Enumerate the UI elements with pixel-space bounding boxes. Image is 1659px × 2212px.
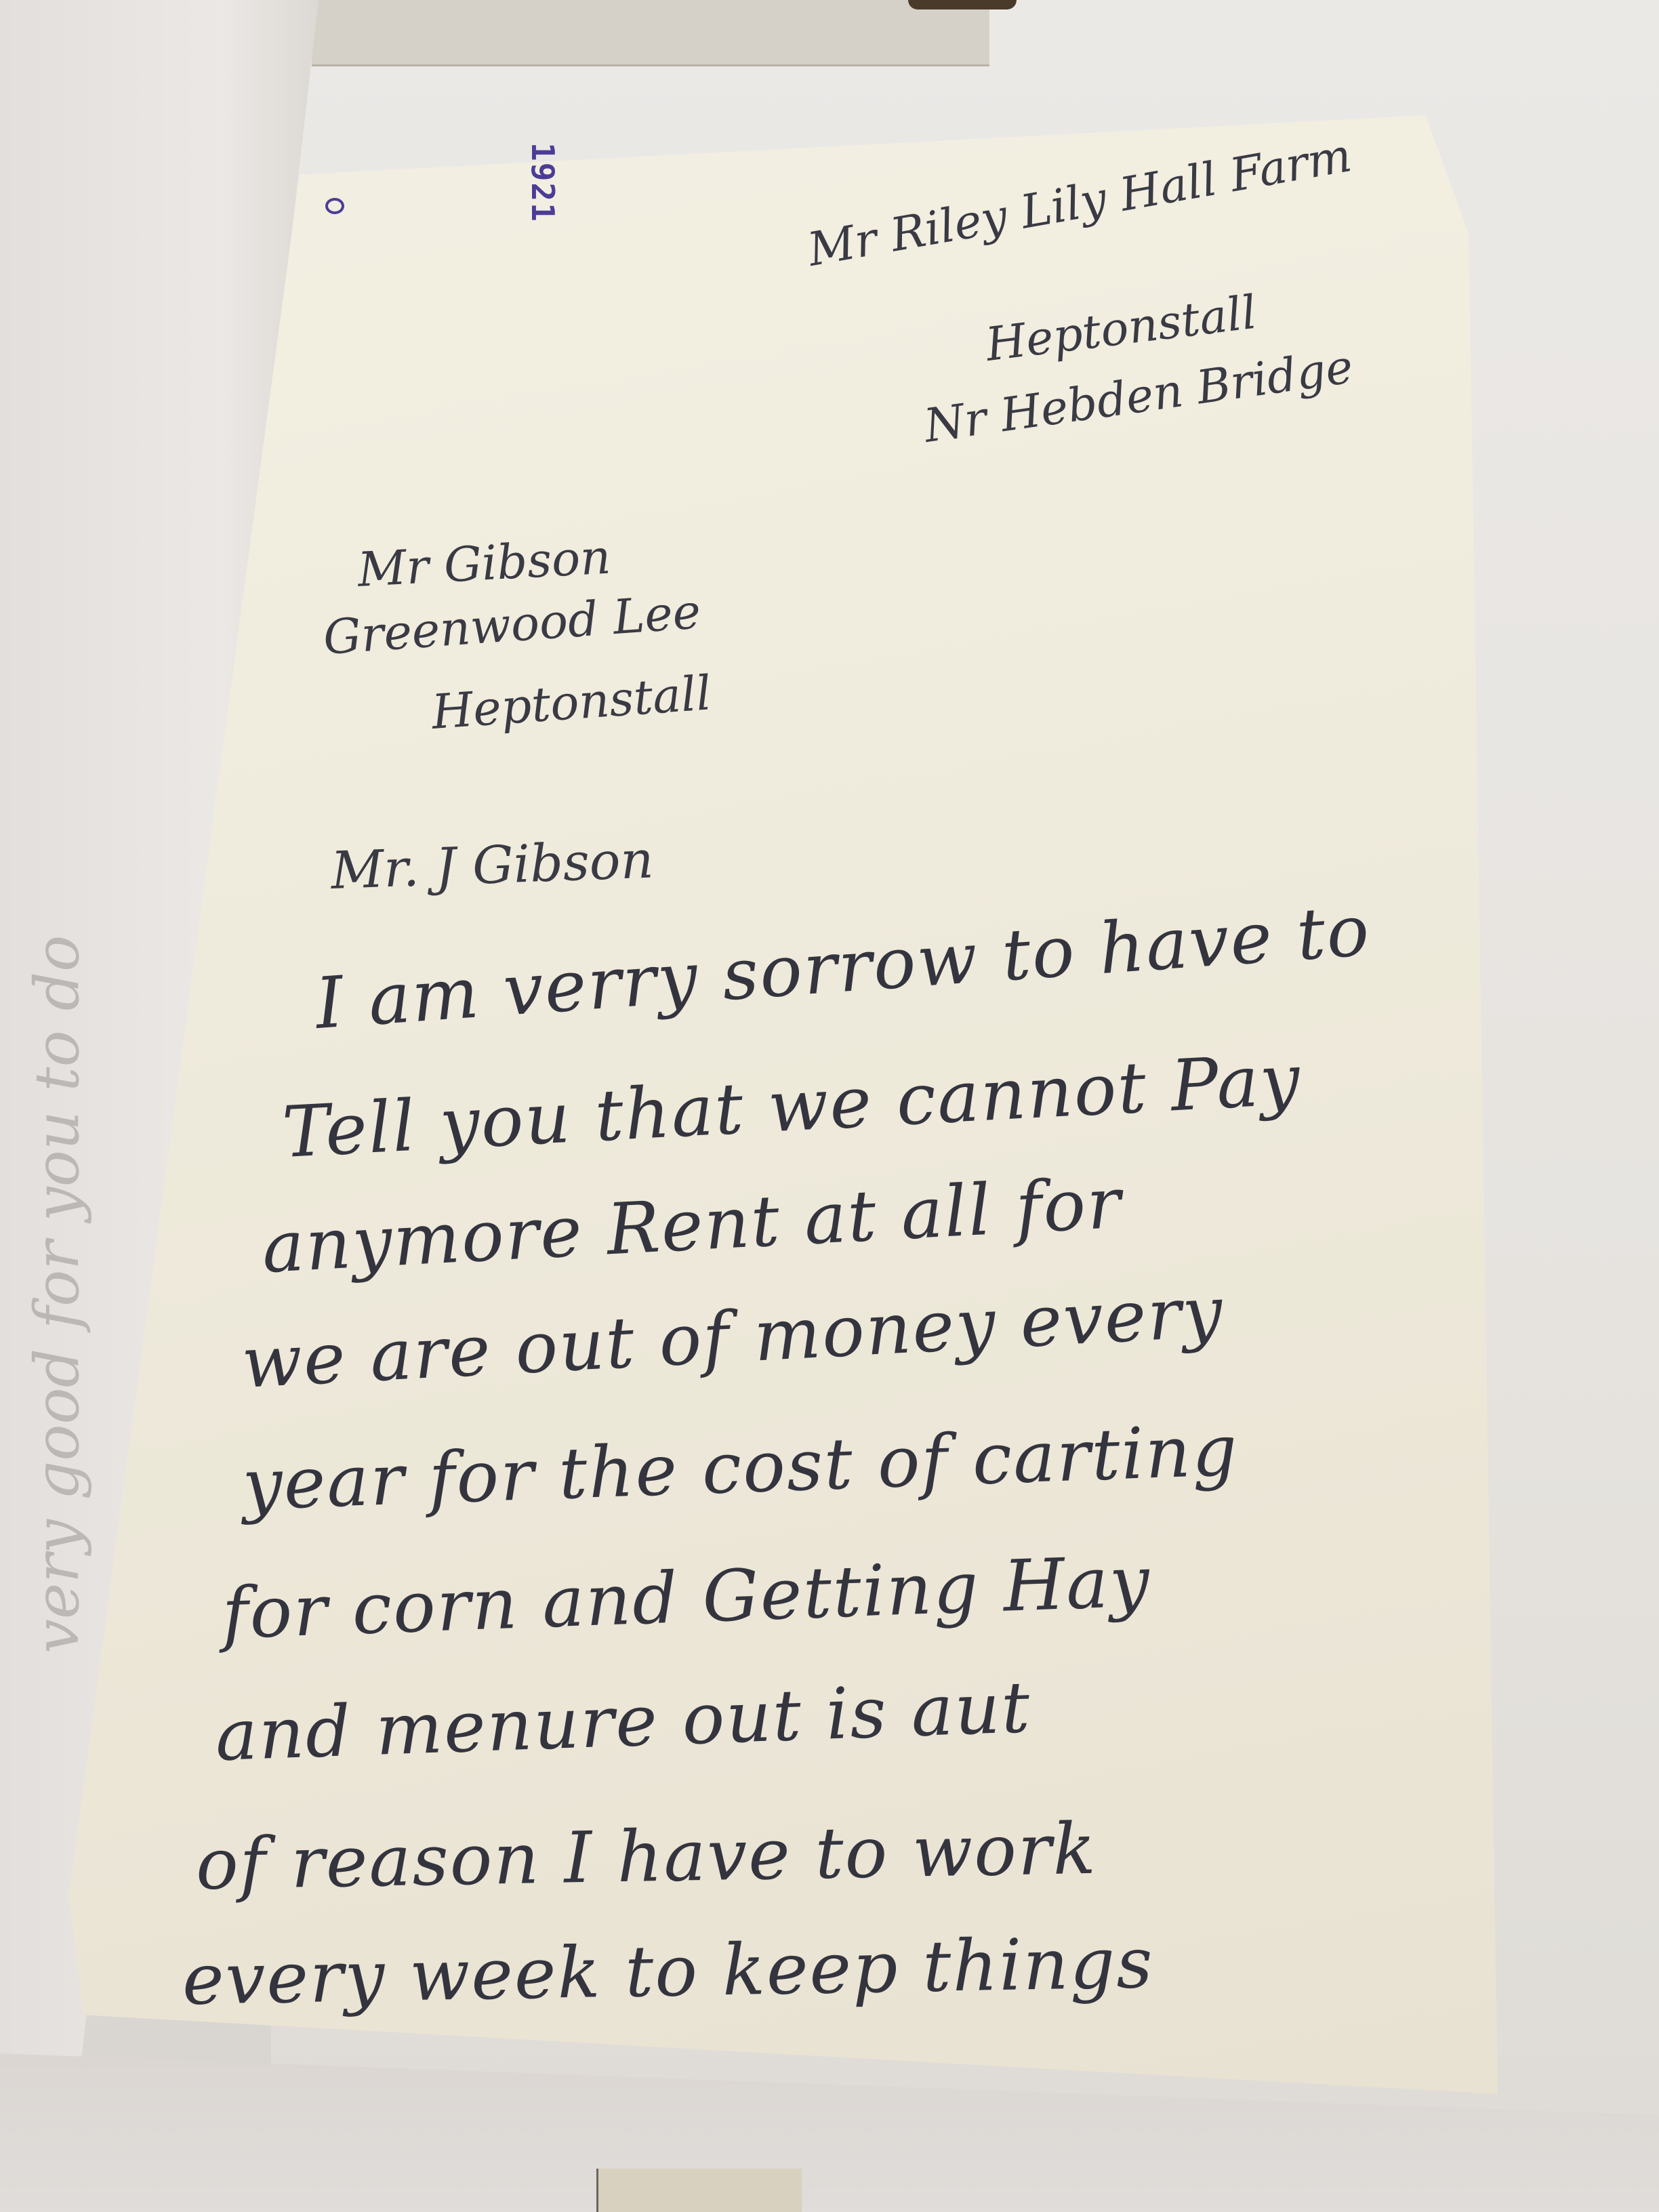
salutation: Mr. J Gibson [330, 829, 655, 901]
archive-year-stamp: 1921 [525, 142, 561, 223]
body-line-8: of reason I have to work [195, 1807, 1098, 1906]
body-line-9: every week to keep things [182, 1921, 1155, 2021]
top-paper-slip [312, 0, 989, 66]
bottom-paper-slip [596, 2169, 802, 2212]
photo-scene: very good for you to do 1921 Mr Riley Li… [0, 0, 1659, 2212]
stamp-circle-mark [325, 198, 344, 214]
top-dark-edge [908, 0, 1017, 9]
